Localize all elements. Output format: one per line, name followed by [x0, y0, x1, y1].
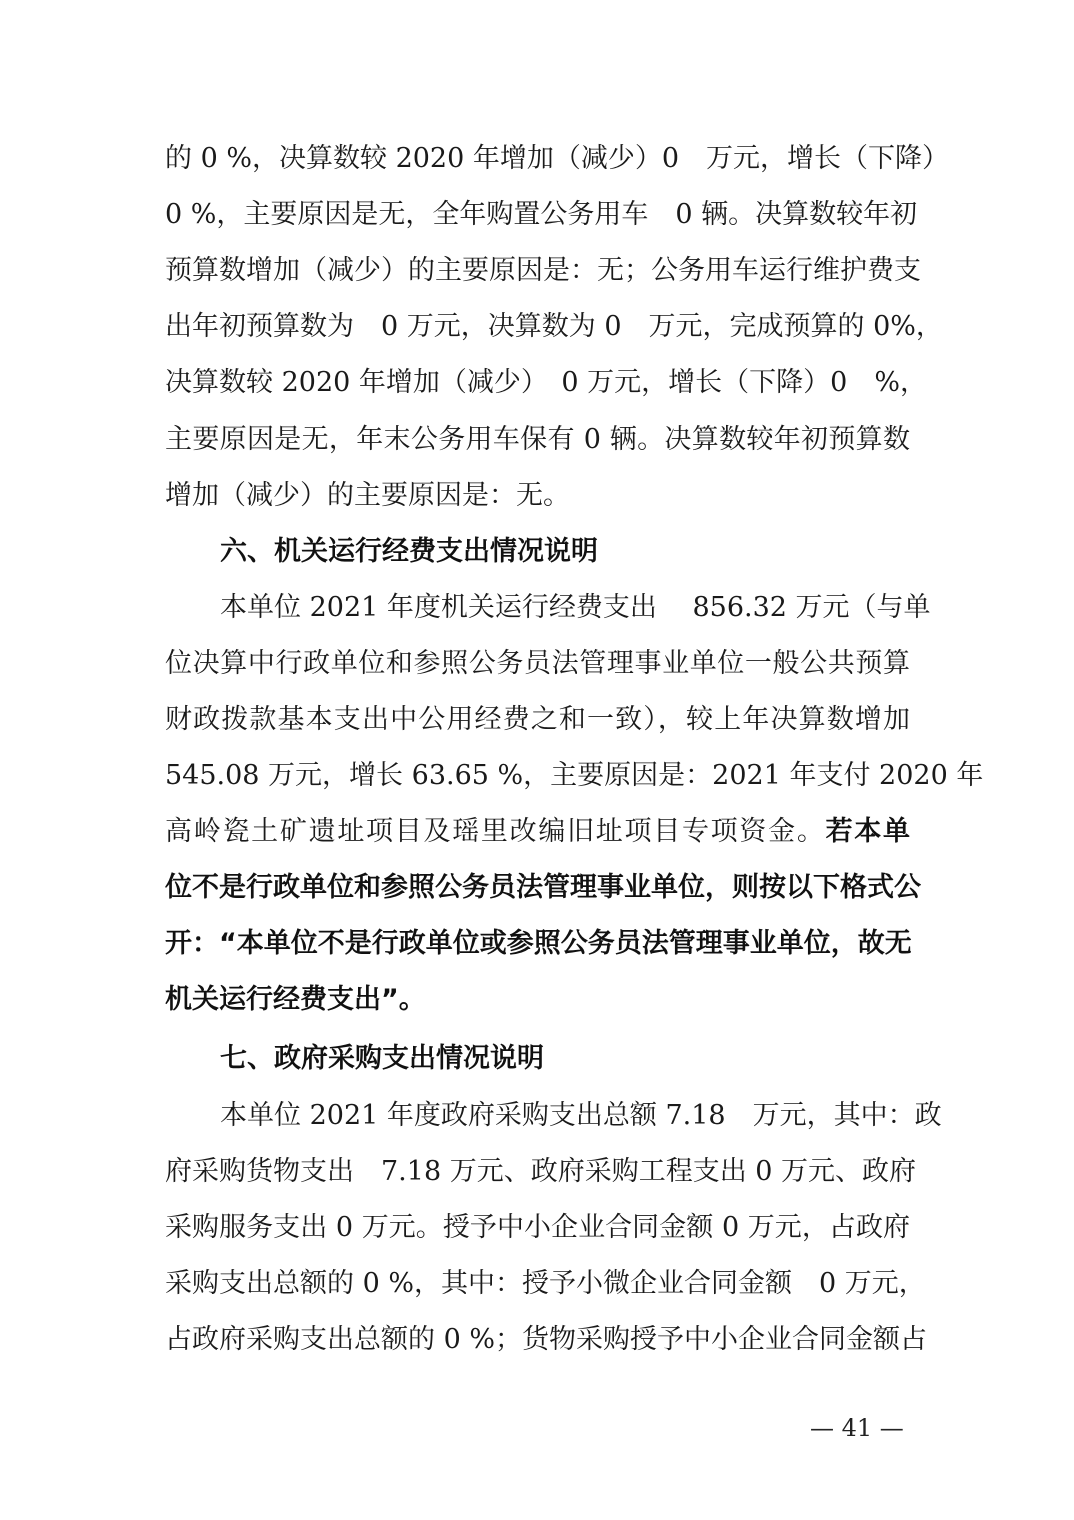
bold-note-line: 机关运行经费支出”。: [165, 978, 910, 1022]
section-heading-6: 六、机关运行经费支出情况说明: [220, 530, 598, 574]
document-page: 的 0 %，决算数较 2020 年增加（减少）0 万元，增长（下降） 0 %，主…: [0, 0, 1074, 1520]
paragraph-line: 本单位 2021 年度机关运行经费支出 856.32 万元（与单: [220, 586, 910, 630]
paragraph-line: 占政府采购支出总额的 0 %；货物采购授予中小企业合同金额占: [165, 1318, 910, 1362]
paragraph-line: 的 0 %，决算数较 2020 年增加（减少）0 万元，增长（下降）: [165, 137, 910, 181]
paragraph-line-mixed: 高岭瓷土矿遗址项目及瑶里改编旧址项目专项资金。若本单: [165, 810, 910, 854]
paragraph-line: 主要原因是无，年末公务用车保有 0 辆。决算数较年初预算数: [165, 418, 910, 462]
paragraph-line: 采购服务支出 0 万元。授予中小企业合同金额 0 万元，占政府: [165, 1206, 910, 1250]
paragraph-text: 高岭瓷土矿遗址项目及瑶里改编旧址项目专项资金。: [165, 816, 826, 847]
paragraph-line: 预算数增加（减少）的主要原因是：无；公务用车运行维护费支: [165, 249, 910, 293]
bold-note-line: 位不是行政单位和参照公务员法管理事业单位，则按以下格式公: [165, 866, 910, 910]
section-heading-7: 七、政府采购支出情况说明: [220, 1037, 544, 1081]
paragraph-line: 545.08 万元，增长 63.65 %，主要原因是：2021 年支付 2020…: [165, 754, 910, 798]
paragraph-line: 增加（减少）的主要原因是：无。: [165, 474, 910, 518]
bold-note-text: 若本单: [826, 816, 910, 847]
paragraph-line: 财政拨款基本支出中公用经费之和一致），较上年决算数增加: [165, 698, 910, 742]
page-number: — 41 —: [810, 1410, 904, 1446]
paragraph-line: 采购支出总额的 0 %，其中：授予小微企业合同金额 0 万元，: [165, 1262, 910, 1306]
paragraph-line: 0 %，主要原因是无，全年购置公务用车 0 辆。决算数较年初: [165, 193, 910, 237]
paragraph-line: 位决算中行政单位和参照公务员法管理事业单位一般公共预算: [165, 642, 910, 686]
paragraph-line: 本单位 2021 年度政府采购支出总额 7.18 万元，其中：政: [220, 1094, 910, 1138]
paragraph-line: 府采购货物支出 7.18 万元、政府采购工程支出 0 万元、政府: [165, 1150, 910, 1194]
paragraph-line: 出年初预算数为 0 万元，决算数为 0 万元，完成预算的 0%，: [165, 305, 910, 349]
bold-note-line: 开：“本单位不是行政单位或参照公务员法管理事业单位，故无: [165, 922, 910, 966]
paragraph-line: 决算数较 2020 年增加（减少） 0 万元，增长（下降）0 %，: [165, 361, 910, 405]
